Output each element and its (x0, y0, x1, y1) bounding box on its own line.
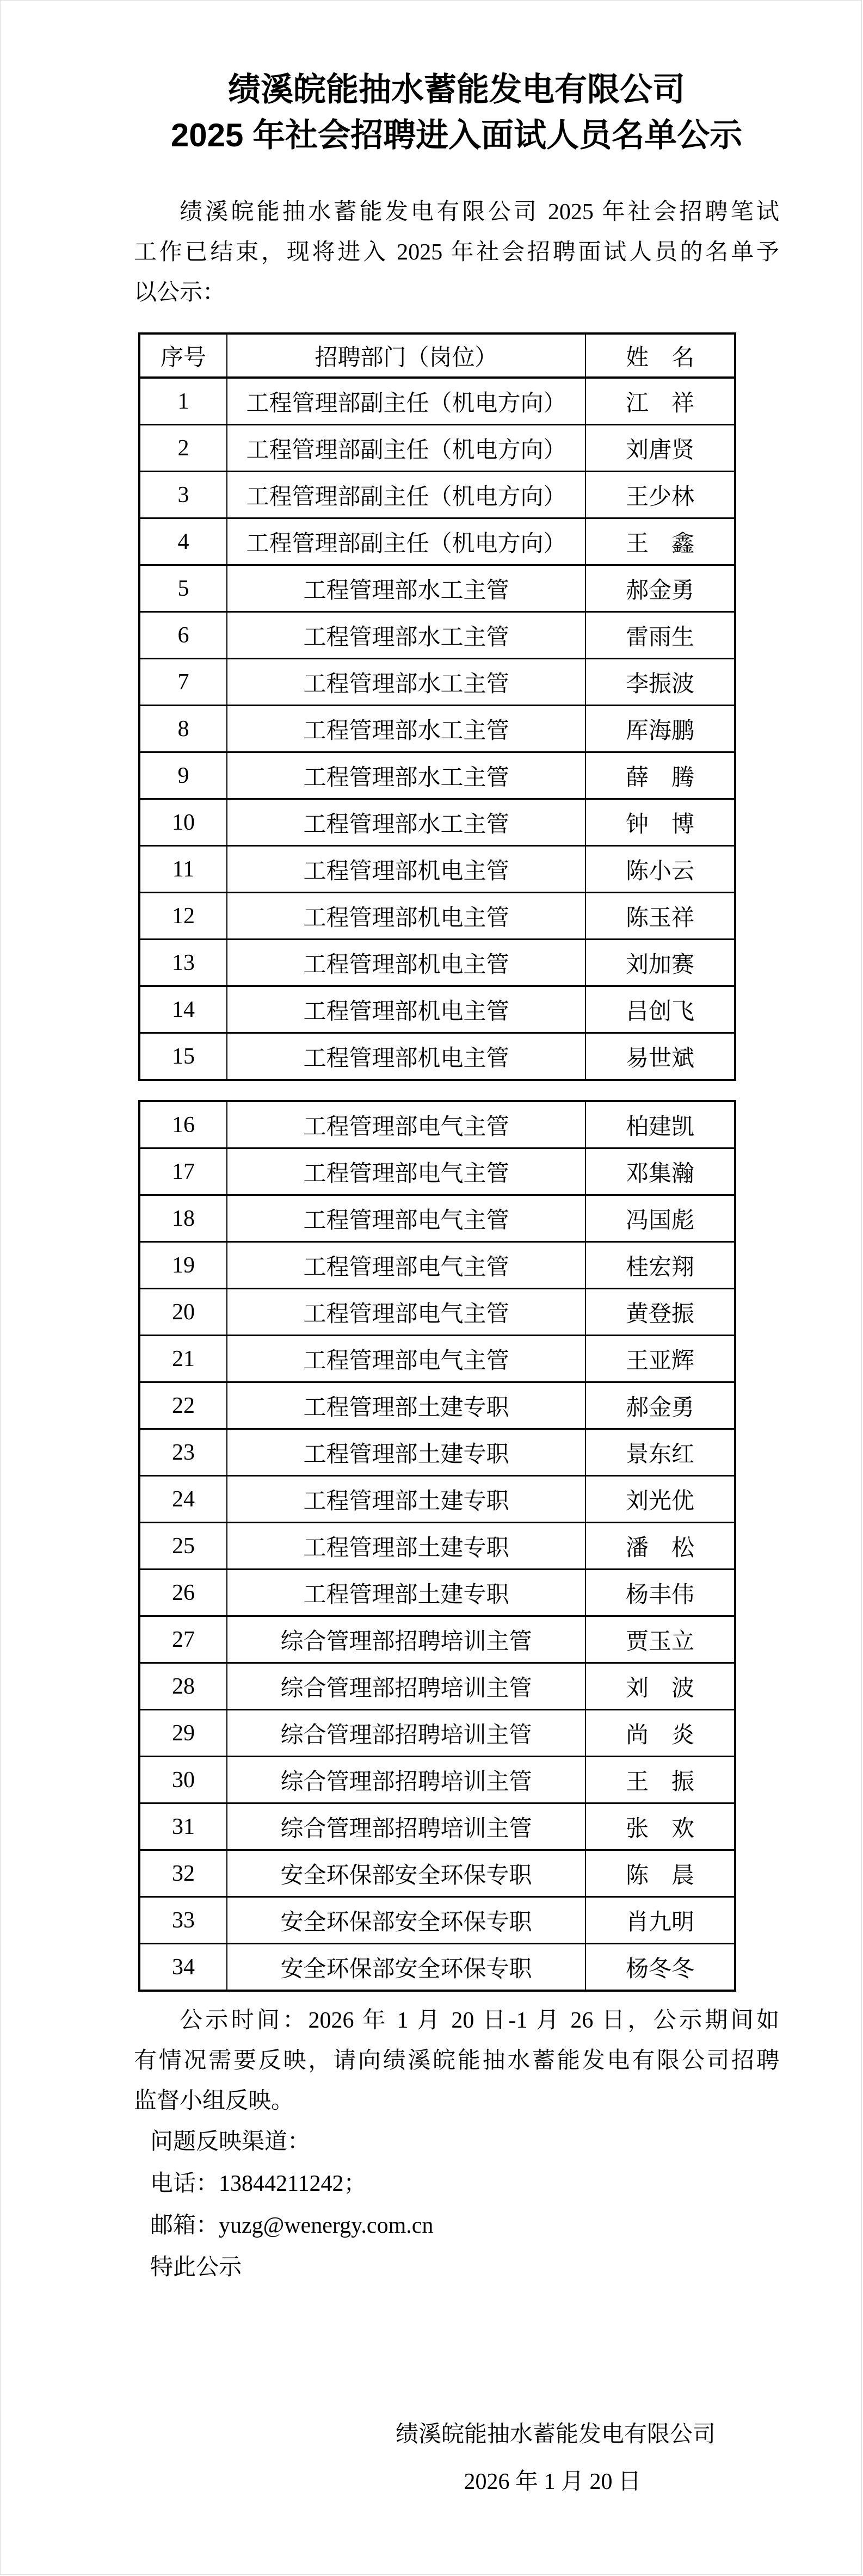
row-number-cell: 33 (139, 1897, 227, 1944)
closing-line: 公示时间：2026 年 1 月 20 日-1 月 26 日，公示期间如 (134, 2000, 779, 2041)
table-row: 5工程管理部水工主管郝金勇 (139, 565, 735, 612)
name-cell: 尚 炎 (585, 1710, 735, 1757)
row-number-cell: 27 (139, 1616, 227, 1663)
position-cell: 工程管理部土建专职 (227, 1523, 585, 1570)
doc-title-line2: 2025 年社会招聘进入面试人员名单公示 (134, 113, 779, 158)
table-row: 18工程管理部电气主管冯国彪 (139, 1195, 735, 1242)
name-cell: 邓集瀚 (585, 1148, 735, 1195)
column-header-position: 招聘部门（岗位） (227, 333, 585, 378)
name-cell: 王 振 (585, 1757, 735, 1803)
document-page: 绩溪皖能抽水蓄能发电有限公司 2025 年社会招聘进入面试人员名单公示 绩溪皖能… (0, 0, 862, 2575)
signature-company: 绩溪皖能抽水蓄能发电有限公司 (134, 2414, 779, 2456)
position-cell: 工程管理部土建专职 (227, 1382, 585, 1429)
position-cell: 工程管理部电气主管 (227, 1336, 585, 1382)
table-row: 30综合管理部招聘培训主管王 振 (139, 1757, 735, 1803)
name-cell: 钟 博 (585, 799, 735, 846)
row-number-cell: 18 (139, 1195, 227, 1242)
name-cell: 吕创飞 (585, 986, 735, 1033)
row-number-cell: 4 (139, 518, 227, 565)
name-cell: 王 鑫 (585, 518, 735, 565)
table-row: 22工程管理部土建专职郝金勇 (139, 1382, 735, 1429)
name-cell: 肖九明 (585, 1897, 735, 1944)
hereby-announce: 特此公示 (134, 2247, 779, 2289)
position-cell: 工程管理部水工主管 (227, 706, 585, 752)
table-row: 27综合管理部招聘培训主管贾玉立 (139, 1616, 735, 1663)
row-number-cell: 2 (139, 425, 227, 472)
name-cell: 李振波 (585, 659, 735, 706)
table-row: 24工程管理部土建专职刘光优 (139, 1476, 735, 1523)
position-cell: 工程管理部机电主管 (227, 1033, 585, 1080)
position-cell: 工程管理部水工主管 (227, 612, 585, 659)
position-cell: 工程管理部土建专职 (227, 1429, 585, 1476)
row-number-cell: 15 (139, 1033, 227, 1080)
row-number-cell: 19 (139, 1242, 227, 1289)
phone-line: 电话：13844211242； (134, 2163, 779, 2205)
name-cell: 薛 腾 (585, 752, 735, 799)
position-cell: 工程管理部机电主管 (227, 940, 585, 986)
row-number-cell: 14 (139, 986, 227, 1033)
table-row: 1工程管理部副主任（机电方向）江 祥 (139, 378, 735, 425)
signature-date: 2026 年 1 月 20 日 (134, 2461, 779, 2503)
name-cell: 江 祥 (585, 378, 735, 425)
table-row: 8工程管理部水工主管厍海鹏 (139, 706, 735, 752)
name-cell: 刘 波 (585, 1663, 735, 1710)
position-cell: 工程管理部电气主管 (227, 1148, 585, 1195)
position-cell: 安全环保部安全环保专职 (227, 1897, 585, 1944)
name-cell: 潘 松 (585, 1523, 735, 1570)
row-number-cell: 17 (139, 1148, 227, 1195)
candidates-table-part2: 16工程管理部电气主管柏建凯17工程管理部电气主管邓集瀚18工程管理部电气主管冯… (138, 1100, 736, 1992)
row-number-cell: 10 (139, 799, 227, 846)
position-cell: 工程管理部水工主管 (227, 752, 585, 799)
position-cell: 工程管理部副主任（机电方向） (227, 378, 585, 425)
position-cell: 工程管理部土建专职 (227, 1476, 585, 1523)
intro-line: 工作已结束，现将进入 2025 年社会招聘面试人员的名单予 (134, 232, 779, 273)
intro-line: 以公示： (134, 273, 779, 313)
doc-title-line1: 绩溪皖能抽水蓄能发电有限公司 (134, 1, 779, 113)
name-cell: 陈玉祥 (585, 893, 735, 940)
row-number-cell: 20 (139, 1289, 227, 1336)
table-row: 11工程管理部机电主管陈小云 (139, 846, 735, 893)
name-cell: 冯国彪 (585, 1195, 735, 1242)
table-row: 25工程管理部土建专职潘 松 (139, 1523, 735, 1570)
name-cell: 厍海鹏 (585, 706, 735, 752)
position-cell: 综合管理部招聘培训主管 (227, 1663, 585, 1710)
feedback-channel-label: 问题反映渠道： (134, 2121, 779, 2163)
position-cell: 工程管理部水工主管 (227, 659, 585, 706)
name-cell: 杨丰伟 (585, 1570, 735, 1616)
name-cell: 杨冬冬 (585, 1944, 735, 1991)
row-number-cell: 29 (139, 1710, 227, 1757)
row-number-cell: 24 (139, 1476, 227, 1523)
position-cell: 工程管理部电气主管 (227, 1195, 585, 1242)
table-row: 31综合管理部招聘培训主管张 欢 (139, 1803, 735, 1850)
name-cell: 张 欢 (585, 1803, 735, 1850)
row-number-cell: 30 (139, 1757, 227, 1803)
row-number-cell: 13 (139, 940, 227, 986)
table-row: 26工程管理部土建专职杨丰伟 (139, 1570, 735, 1616)
table-row: 23工程管理部土建专职景东红 (139, 1429, 735, 1476)
table-row: 10工程管理部水工主管钟 博 (139, 799, 735, 846)
position-cell: 综合管理部招聘培训主管 (227, 1803, 585, 1850)
row-number-cell: 12 (139, 893, 227, 940)
row-number-cell: 16 (139, 1101, 227, 1148)
table-row: 6工程管理部水工主管雷雨生 (139, 612, 735, 659)
table-row: 12工程管理部机电主管陈玉祥 (139, 893, 735, 940)
row-number-cell: 11 (139, 846, 227, 893)
position-cell: 安全环保部安全环保专职 (227, 1944, 585, 1991)
position-cell: 工程管理部副主任（机电方向） (227, 518, 585, 565)
position-cell: 工程管理部机电主管 (227, 986, 585, 1033)
name-cell: 王少林 (585, 472, 735, 518)
position-cell: 综合管理部招聘培训主管 (227, 1710, 585, 1757)
signature-block: 绩溪皖能抽水蓄能发电有限公司 2026 年 1 月 20 日 (134, 2414, 779, 2503)
document-content: 绩溪皖能抽水蓄能发电有限公司 2025 年社会招聘进入面试人员名单公示 绩溪皖能… (1, 1, 861, 2503)
position-cell: 安全环保部安全环保专职 (227, 1850, 585, 1897)
row-number-cell: 21 (139, 1336, 227, 1382)
row-number-cell: 25 (139, 1523, 227, 1570)
row-number-cell: 9 (139, 752, 227, 799)
name-cell: 陈 晨 (585, 1850, 735, 1897)
name-cell: 易世斌 (585, 1033, 735, 1080)
table-row: 13工程管理部机电主管刘加赛 (139, 940, 735, 986)
row-number-cell: 23 (139, 1429, 227, 1476)
table-row: 2工程管理部副主任（机电方向）刘唐贤 (139, 425, 735, 472)
position-cell: 工程管理部机电主管 (227, 893, 585, 940)
table-row: 34安全环保部安全环保专职杨冬冬 (139, 1944, 735, 1991)
row-number-cell: 5 (139, 565, 227, 612)
name-cell: 王亚辉 (585, 1336, 735, 1382)
table-row: 7工程管理部水工主管李振波 (139, 659, 735, 706)
table-row: 33安全环保部安全环保专职肖九明 (139, 1897, 735, 1944)
row-number-cell: 6 (139, 612, 227, 659)
row-number-cell: 8 (139, 706, 227, 752)
closing-line: 有情况需要反映，请向绩溪皖能抽水蓄能发电有限公司招聘 (134, 2041, 779, 2081)
name-cell: 刘唐贤 (585, 425, 735, 472)
table-row: 17工程管理部电气主管邓集瀚 (139, 1148, 735, 1195)
intro-line: 绩溪皖能抽水蓄能发电有限公司 2025 年社会招聘笔试 (134, 192, 779, 232)
table-row: 3工程管理部副主任（机电方向）王少林 (139, 472, 735, 518)
position-cell: 工程管理部水工主管 (227, 799, 585, 846)
position-cell: 工程管理部水工主管 (227, 565, 585, 612)
row-number-cell: 7 (139, 659, 227, 706)
row-number-cell: 28 (139, 1663, 227, 1710)
name-cell: 桂宏翔 (585, 1242, 735, 1289)
table-row: 19工程管理部电气主管桂宏翔 (139, 1242, 735, 1289)
position-cell: 工程管理部土建专职 (227, 1570, 585, 1616)
name-cell: 柏建凯 (585, 1101, 735, 1148)
name-cell: 贾玉立 (585, 1616, 735, 1663)
row-number-cell: 3 (139, 472, 227, 518)
row-number-cell: 1 (139, 378, 227, 425)
position-cell: 工程管理部副主任（机电方向） (227, 472, 585, 518)
position-cell: 工程管理部电气主管 (227, 1289, 585, 1336)
position-cell: 工程管理部电气主管 (227, 1242, 585, 1289)
name-cell: 郝金勇 (585, 1382, 735, 1429)
email-line: 邮箱：yuzg@wenergy.com.cn (134, 2205, 779, 2247)
position-cell: 工程管理部电气主管 (227, 1101, 585, 1148)
table-row: 21工程管理部电气主管王亚辉 (139, 1336, 735, 1382)
name-cell: 景东红 (585, 1429, 735, 1476)
table-row: 28综合管理部招聘培训主管刘 波 (139, 1663, 735, 1710)
table-header-row: 序号 招聘部门（岗位） 姓 名 (139, 333, 735, 378)
table-row: 29综合管理部招聘培训主管尚 炎 (139, 1710, 735, 1757)
table-row: 4工程管理部副主任（机电方向）王 鑫 (139, 518, 735, 565)
closing-paragraph: 公示时间：2026 年 1 月 20 日-1 月 26 日，公示期间如 有情况需… (134, 2000, 779, 2121)
row-number-cell: 22 (139, 1382, 227, 1429)
row-number-cell: 26 (139, 1570, 227, 1616)
position-cell: 工程管理部机电主管 (227, 846, 585, 893)
candidates-table-part1: 序号 招聘部门（岗位） 姓 名 1工程管理部副主任（机电方向）江 祥2工程管理部… (138, 332, 736, 1081)
closing-line: 监督小组反映。 (134, 2081, 779, 2121)
intro-paragraph: 绩溪皖能抽水蓄能发电有限公司 2025 年社会招聘笔试 工作已结束，现将进入 2… (134, 192, 779, 313)
column-header-number: 序号 (139, 333, 227, 378)
name-cell: 陈小云 (585, 846, 735, 893)
position-cell: 综合管理部招聘培训主管 (227, 1757, 585, 1803)
name-cell: 雷雨生 (585, 612, 735, 659)
name-cell: 刘光优 (585, 1476, 735, 1523)
table-row: 15工程管理部机电主管易世斌 (139, 1033, 735, 1080)
position-cell: 综合管理部招聘培训主管 (227, 1616, 585, 1663)
column-header-name: 姓 名 (585, 333, 735, 378)
table-row: 14工程管理部机电主管吕创飞 (139, 986, 735, 1033)
name-cell: 刘加赛 (585, 940, 735, 986)
table-row: 16工程管理部电气主管柏建凯 (139, 1101, 735, 1148)
name-cell: 郝金勇 (585, 565, 735, 612)
table-row: 32安全环保部安全环保专职陈 晨 (139, 1850, 735, 1897)
table-row: 9工程管理部水工主管薛 腾 (139, 752, 735, 799)
row-number-cell: 34 (139, 1944, 227, 1991)
name-cell: 黄登振 (585, 1289, 735, 1336)
row-number-cell: 32 (139, 1850, 227, 1897)
table-row: 20工程管理部电气主管黄登振 (139, 1289, 735, 1336)
contact-block: 问题反映渠道： 电话：13844211242； 邮箱：yuzg@wenergy.… (134, 2121, 779, 2289)
row-number-cell: 31 (139, 1803, 227, 1850)
position-cell: 工程管理部副主任（机电方向） (227, 425, 585, 472)
